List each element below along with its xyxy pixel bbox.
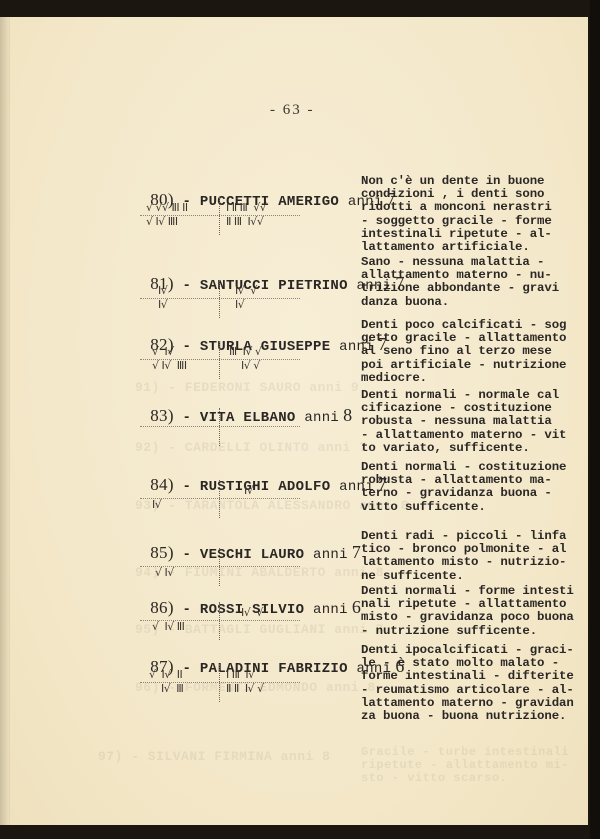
dental-chart: Ⅰ√ √ √ Ⅰ√ ⅡⅠ [140,598,300,646]
dental-chart: √ Ⅰ√ ⅠⅠ Ⅰ ⅠⅡ Ⅰ√ Ⅰ√ Ⅲ Ⅱ Ⅱ Ⅰ√ √ [140,660,300,708]
upper-right-teeth: ⅠⅡ Ⅰ√ √ [226,345,261,358]
upper-right-teeth: Ⅰ√ [226,484,253,497]
dental-chart: Ⅰ√ Ⅰ√ [140,476,300,524]
clinical-notes: Denti radi - piccoli - linfa tico - bron… [361,530,566,583]
lower-left-teeth: √ Ⅰ√ ⅡⅠ [146,620,184,633]
upper-left-teeth: √ Ⅰ√ [146,345,174,358]
upper-right-teeth: Ⅰ Ⅱ ⅠⅡ √√ [226,201,266,214]
dental-chart: √ Ⅰ√ ⅠⅡ Ⅰ√ √ √ Ⅰ√ ⅢⅠ Ⅰ√ √ [140,337,300,385]
clinical-notes: Non c'è un dente in buone condizioni , i… [361,175,552,254]
dental-chart-vertical-axis [219,480,220,518]
lower-right-teeth: Ⅰ√ [226,298,244,311]
age-value: 6 [352,597,361,617]
upper-right-teeth: Ⅰ√ √ [226,606,263,619]
dental-chart-vertical-axis [219,408,220,446]
bleed-through-text: 97) - SILVANI FIRMINA anni 8 [98,749,330,764]
lower-right-teeth: Ⅰ√ √ [226,359,260,372]
age-label: anni [313,547,348,563]
age-value: 8 [343,405,352,425]
clinical-notes: Denti normali - forme intesti nali ripet… [361,585,574,638]
age-value: 7 [352,542,361,562]
lower-left-teeth: √ Ⅰ√ [146,566,174,579]
bleed-through-notes: Gracile - turbe intestinali ripetute - a… [361,746,569,785]
dental-chart-vertical-axis [219,341,220,379]
clinical-notes: Denti normali - costituzione robusta - a… [361,461,566,514]
clinical-notes: Denti normali - normale cal cificazione … [361,389,566,455]
lower-left-teeth: Ⅰ√ Ⅲ [146,682,183,695]
lower-right-teeth: Ⅱ Ⅱ Ⅰ√ √ [226,682,264,695]
dental-chart [140,404,300,452]
lower-right-teeth: Ⅱ ⅠⅡ Ⅰ√√ [226,215,263,228]
upper-right-teeth: Ⅰ√ √ [226,284,257,297]
upper-right-teeth: Ⅰ ⅠⅡ Ⅰ√ [226,668,255,681]
dental-chart-vertical-axis [219,197,220,235]
upper-left-teeth: √ √√ ⅡⅠ ⅠⅠ [146,201,188,214]
upper-left-teeth: Ⅰ√ [146,284,167,297]
lower-left-teeth: √ Ⅰ√ ⅢⅠ [146,359,187,372]
upper-left-teeth: √ Ⅰ√ ⅠⅠ [146,668,182,681]
age-label: anni [313,602,348,618]
clinical-notes: Denti poco calcificati - sog getto graci… [361,319,566,385]
lower-left-teeth: Ⅰ√ [146,498,161,511]
age-label: anni [304,410,339,426]
page-number: - 63 - [270,102,315,119]
dental-chart: √ √√ ⅡⅠ ⅠⅠ Ⅰ Ⅱ ⅠⅡ √√ √ Ⅰ√ ⅢⅠ Ⅱ ⅠⅡ Ⅰ√√ [140,193,300,241]
clinical-notes: Sano - nessuna malattia - allattamento m… [361,256,559,309]
dental-chart: Ⅰ√ Ⅰ√ √ Ⅰ√ Ⅰ√ [140,276,300,324]
dental-chart-horizontal-axis [140,426,300,427]
dental-chart-vertical-axis [219,602,220,640]
lower-left-teeth: Ⅰ√ [146,298,167,311]
scan-border [590,0,600,839]
dental-chart-vertical-axis [219,664,220,702]
lower-left-teeth: √ Ⅰ√ ⅢⅠ [146,215,178,228]
dental-chart-vertical-axis [219,280,220,318]
dental-chart-horizontal-axis [140,498,300,499]
clinical-notes: Denti ipocalcificati - graci- le - è sta… [361,644,574,723]
